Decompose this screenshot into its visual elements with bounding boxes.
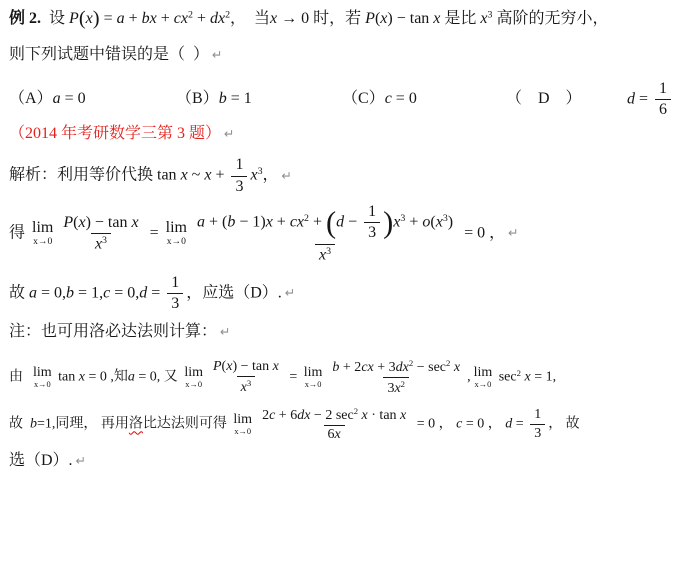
line-main-limit-equation: 得 limx→0P(x) − tan xx3 = limx→0a + (b − … [9,203,670,265]
line-source: （2014 年考研数学三第 3 题）↵ [9,124,670,145]
math-variable: a [128,370,135,385]
numerator: 1 [530,407,545,424]
denominator: 3 [364,222,380,242]
math-variable: b [30,417,37,432]
document: 例 2. 设 P(x) = a + bx + cx2 + dx2， 当x → 0… [0,0,674,564]
denominator: 3 [530,424,545,442]
line-options: （A）a = 0（B）b = 1（C）c = 0（ D ）d = 16 [9,80,670,120]
denominator: 6 [655,99,671,119]
tall-paren: ( [326,206,336,240]
denominator: x3 [315,244,335,265]
text: = 0 ， [413,417,456,432]
math-variable: bx [142,10,157,27]
tall-paren: ) [383,206,393,240]
text: ) − tan [387,10,433,27]
text: + [193,10,210,27]
text: = 0 [61,90,86,107]
numerator: P(x) − tan x [59,214,142,233]
text: = [146,224,163,241]
limit-operator: limx→0 [233,413,252,436]
math-variable: x [400,408,406,423]
text: ) [448,214,453,231]
fraction: 13 [231,156,247,196]
text: + 6 [275,408,297,423]
limit-subscript: x→0 [34,381,51,389]
text: 比达法则可得 [143,417,231,432]
fraction: a + (b − 1)x + cx2 + (d − 13)x3 + o(x3)x… [193,203,457,265]
math-variable: x [480,10,487,27]
math-variable: a [53,90,61,107]
math-variable: x [454,360,460,375]
paragraph-mark-icon: ↵ [220,324,230,339]
paragraph-mark-icon: ↵ [282,168,292,183]
limit-operator: limx→0 [33,366,52,389]
fraction: b + 2cx + 3dx2 − sec2 x3x2 [328,358,464,397]
limit-word: lim [166,220,187,236]
text: − [344,214,361,231]
text: + [125,10,142,27]
text: 解析：利用等价代换 tan [9,167,181,184]
text: 1 [534,407,541,422]
superscript: 3 [247,378,251,388]
fraction: P(x) − tan xx3 [209,359,283,396]
text: tan [55,370,79,385]
line-note: 注：也可用洛必达法则计算：↵ [9,322,670,343]
limit-subscript: x→0 [234,428,251,436]
text: − 2 sec [310,408,353,423]
text: ，应选（D）. [186,284,282,301]
math-variable: x [86,10,93,27]
text: = [635,90,652,107]
text: 高阶的无穷小， [492,10,608,27]
limit-subscript: x→0 [185,381,202,389]
text: 设 [41,10,69,27]
text-bold: 例 2. [9,10,41,27]
text: = [147,284,164,301]
fraction: 16 [655,80,671,120]
math-variable: dx [210,10,225,27]
text: ) − tan [86,214,132,231]
text: = [512,417,527,432]
numerator: 2c + 6dx − 2 sec2 x · tan x [258,406,410,425]
numerator: 1 [364,203,380,222]
numerator: 1 [231,156,247,175]
text: 6 [328,427,335,442]
text: ， 当 [230,10,270,27]
math-variable: cx [290,214,304,231]
line-conclusion: 故 a = 0,b = 1,c = 0,d = 13，应选（D）.↵ [9,274,670,314]
math-variable: P [63,214,73,231]
math-variable: d [336,214,344,231]
math-variable: a [197,214,205,231]
denominator: 6x [324,425,345,443]
limit-subscript: x→0 [167,237,186,247]
misspelled-text: 洛 [129,417,143,432]
fraction: 2c + 6dx − 2 sec2 x · tan x6x [258,406,410,443]
text: + [211,167,228,184]
superscript: 2 [401,379,405,389]
text: 1 [235,156,243,173]
text: = 0 [392,90,417,107]
text: ) − tan [232,359,272,374]
math-variable: x [181,167,188,184]
math-variable: x [131,214,138,231]
line-problem-statement: 例 2. 设 P(x) = a + bx + cx2 + dx2， 当x → 0… [9,9,670,30]
math-variable: a [29,284,37,301]
option-d-paren: （ D ） [506,89,627,110]
math-variable: x [266,214,273,231]
text: ~ [188,167,205,184]
line-lhopital-1: 由 limx→0 tan x = 0 ,知a = 0, 又 limx→0P(x)… [9,358,670,397]
text: = 0, 又 [135,370,181,385]
text: · tan [368,408,400,423]
text: → 0 时，若 [277,10,365,27]
text: + [405,214,422,231]
option-b: （B）b = 1 [176,89,342,110]
text: = 1 [227,90,252,107]
text: （B） [176,90,219,107]
text: + [309,214,326,231]
superscript: 3 [326,246,331,257]
paren: ) [93,8,100,30]
math-variable: dx [396,360,409,375]
text: = 1, [74,284,103,301]
text: = 1, [531,370,556,385]
limit-operator: limx→0 [166,220,187,247]
text: =1,同理， 再用 [37,417,129,432]
math-variable: b [66,284,74,301]
text: 1 [659,80,667,97]
text: + 3 [374,360,396,375]
numerator: 1 [167,274,183,293]
text: , [467,370,471,385]
limit-subscript: x→0 [475,381,492,389]
numerator: P(x) − tan x [209,359,283,376]
paragraph-mark-icon: ↵ [285,285,295,300]
limit-word: lim [474,366,493,380]
math-variable: cx [174,10,188,27]
line-lhopital-2: 故 b=1,同理， 再用洛比达法则可得 limx→02c + 6dx − 2 s… [9,406,670,443]
option-c: （C）c = 0 [342,89,506,110]
denominator: x3 [237,376,256,396]
math-variable: dx [297,408,310,423]
text: 3 [368,224,376,241]
text: ， [263,167,279,184]
limit-operator: limx→0 [32,220,53,247]
text: ， 故 [548,417,580,432]
line-analysis: 解析：利用等价代换 tan x ~ x + 13x3，↵ [9,156,670,196]
limit-word: lim [184,366,203,380]
text: + [157,10,174,27]
denominator: 3 [231,176,247,196]
text: 由 [9,370,30,385]
text: （ D ） [506,90,582,107]
denominator: 3 [167,293,183,313]
limit-word: lim [233,413,252,427]
fraction: P(x) − tan xx3 [59,214,142,254]
text: 注：也可用洛必达法则计算： [9,323,217,340]
text: = 0 ,知 [85,370,128,385]
fraction: 13 [530,407,545,442]
math-variable: x [436,214,443,231]
text: （2014 年考研数学三第 3 题） [9,125,221,142]
denominator: x3 [91,233,111,254]
text: 是比 [440,10,480,27]
math-variable: cx [361,360,373,375]
math-variable: b [219,90,227,107]
numerator: a + (b − 1)x + cx2 + (d − 13)x3 + o(x3) [193,203,457,244]
paragraph-mark-icon: ↵ [76,453,86,468]
text: 故 [9,417,30,432]
denominator: 3x2 [383,377,409,397]
limit-operator: limx→0 [184,366,203,389]
paragraph-mark-icon: ↵ [224,126,234,141]
line-final: 选（D）.↵ [9,451,670,472]
limit-word: lim [304,366,323,380]
text: = 0, [37,284,66,301]
option-a: （A）a = 0 [9,89,176,110]
paragraph-mark-icon: ↵ [508,225,518,240]
math-variable: d [627,90,635,107]
line-question: 则下列试题中错误的是（ ）↵ [9,45,670,66]
text: + 2 [339,360,361,375]
math-variable: x [273,359,279,374]
paren: ( [79,8,86,30]
text: = 0 ， [462,417,505,432]
text: 则下列试题中错误的是（ ） [9,46,209,63]
numerator: 1 [655,80,671,99]
text: 1 [368,203,376,220]
math-variable: x [78,214,85,231]
text: 3 [534,426,541,441]
text: − 1) [235,214,265,231]
limit-subscript: x→0 [33,237,52,247]
fraction: 13 [167,274,183,314]
limit-word: lim [33,366,52,380]
text: 1 [171,274,179,291]
text: = 0, [110,284,139,301]
paragraph-mark-icon: ↵ [212,47,222,62]
fraction: 13 [364,203,380,243]
text: 6 [659,101,667,118]
text: = 0 ， [460,224,505,241]
text: 3 [171,295,179,312]
superscript: 3 [102,235,107,246]
text: 选（D）. [9,452,73,469]
text: 故 [9,284,29,301]
numerator: b + 2cx + 3dx2 − sec2 x [328,358,464,377]
text: sec [495,370,516,385]
text: 3 [235,178,243,195]
math-variable: P [69,10,79,27]
math-variable: x [95,236,102,253]
text: = [100,10,117,27]
text: − sec [413,360,446,375]
math-variable: P [365,10,375,27]
math-variable: x [250,167,257,184]
math-variable: a [117,10,125,27]
limit-word: lim [32,220,53,236]
limit-subscript: x→0 [305,381,322,389]
math-variable: c [385,90,392,107]
math-variable: P [213,359,222,374]
text: （C） [342,90,385,107]
text: + [273,214,290,231]
option-d-value: d = 16 [627,80,674,120]
limit-operator: limx→0 [304,366,323,389]
text: = [286,370,301,385]
text: + ( [205,214,227,231]
math-variable: x [335,427,341,442]
text: （A） [9,90,53,107]
text: 得 [9,224,29,241]
limit-operator: limx→0 [474,366,493,389]
